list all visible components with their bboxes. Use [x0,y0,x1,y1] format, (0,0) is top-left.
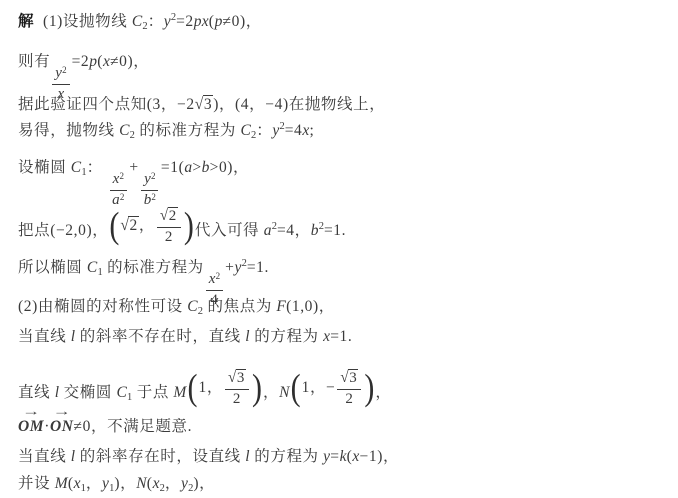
math-var: x [352,448,359,465]
sqrt: √3 [340,369,358,387]
solution-line: 易得，抛物线 C2 的标准方程为 C2：y2=4x; [18,120,314,142]
text-run: = [330,448,339,465]
numerator: x2 [110,171,127,191]
text-run: 当直线 [18,448,71,465]
text-run: =1. [247,259,269,276]
superscript: 2 [216,271,221,281]
text-run: (1)设抛物线 [34,13,132,30]
radicand: 2 [168,207,178,225]
text-run: ， [375,384,391,401]
text-run: 2 [165,229,173,245]
math-var: b [311,222,319,239]
fraction: √32 [225,368,249,408]
math-var: N [136,475,147,492]
text-run: ; [309,122,314,139]
text-run: =1. [324,222,346,239]
text-run: 代入可得 [195,222,264,239]
vector: →ON [50,416,74,438]
text-run: 当直线 [18,328,71,345]
text-run: ： [256,122,272,139]
text-run: )，(4，−4)在抛物线上， [213,96,385,113]
solution-document: 解 (1)设抛物线 C2：y2=2px(p≠0)，则有y2x=2p(x≠0)，据… [0,0,678,498]
fraction: x2a2 [109,171,127,209]
text-run: ， [139,215,155,237]
math-var: b [202,159,210,176]
text-run: 则有 [18,53,50,70]
text-run: (2)由椭圆的对称性可设 [18,298,187,315]
radicand: 2 [128,216,138,235]
radical-icon: √ [228,371,237,388]
solution-line: 当直线 l 的斜率不存在时，直线 l 的方程为 x=1. [18,326,352,348]
vector: →OM [18,416,44,438]
numerator: x2 [206,271,223,291]
text-run: + [129,159,138,176]
math-var: x [209,271,216,287]
text-run: 直线 [18,384,55,401]
open-paren-icon: ( [187,369,199,407]
math-var: M [55,475,68,492]
fraction: √22 [157,206,181,246]
radical-icon: √ [120,214,129,237]
math-var: C [187,298,198,315]
text-run: =4 [285,122,303,139]
math-var: F [276,298,286,315]
math-var: k [340,448,347,465]
sqrt: √3 [228,369,246,387]
math-var: C [119,122,130,139]
text-run: 把点(−2,0)， [18,222,108,239]
denominator: 2 [230,390,244,408]
superscript: 2 [151,192,156,202]
text-run: 的方程为 [250,448,323,465]
text-run: 的斜率存在时，设直线 [75,448,245,465]
text-run: )， [193,475,215,492]
text-run: =2 [176,13,194,30]
radicand: 3 [348,369,358,387]
radical-icon: √ [340,371,349,388]
close-paren-icon: ) [251,369,263,407]
sqrt: √3 [195,94,213,116]
math-var: N [279,384,290,401]
text-run: 于点 [132,384,173,401]
solution-line: 设椭圆 C1： x2a2+y2b2=1(a>b>0)， [18,157,249,209]
math-var: C [87,259,98,276]
text-run: > [192,159,201,176]
solution-line: (2)由椭圆的对称性可设 C2 的焦点为 F(1,0)， [18,296,335,318]
text-run: =4， [277,222,311,239]
text-run: ： [148,13,164,30]
sqrt: √2 [120,215,138,237]
text-run: ≠0)， [110,53,149,70]
paren-group: (1，−√32) [290,368,376,408]
text-run: ， [263,384,279,401]
text-run: 设椭圆 [18,159,71,176]
text-run: >0)， [210,159,250,176]
fraction: y2b2 [141,171,159,209]
numerator: √3 [337,368,361,390]
open-paren-icon: ( [290,369,302,407]
close-paren-icon: ) [363,369,375,407]
text-run: 2 [345,391,353,407]
paren-group: (1，√32) [187,368,263,408]
text-run: ： [87,159,108,176]
superscript: 2 [119,171,124,181]
math-var: C [116,384,127,401]
text-run: =1( [161,159,184,176]
text-run: 的斜率不存在时，直线 [75,328,245,345]
radical-icon: √ [160,209,169,226]
text-run: 所以椭圆 [18,259,87,276]
numerator: y2 [141,171,158,191]
superscript: 2 [151,171,156,181]
numerator: √3 [225,368,249,390]
solution-line: →OM·→ON≠0，不满足题意. [18,416,192,438]
solution-line: 把点(−2,0)，(√2，√22)代入可得 a2=4，b2=1. [18,206,346,246]
solution-line: 解 (1)设抛物线 C2：y2=2px(p≠0)， [18,11,262,33]
text-run: 2 [233,391,241,407]
fraction: √32 [337,368,361,408]
open-paren-icon: ( [108,207,120,245]
denominator: 2 [162,228,176,246]
radicand: 3 [236,369,246,387]
text-run: ， [165,475,181,492]
denominator: 2 [342,390,356,408]
superscript: 2 [62,65,67,75]
numerator: y2 [52,65,69,85]
text-run: =2 [72,53,90,70]
solution-line: 当直线 l 的斜率存在时，设直线 l 的方程为 y=k(x−1)， [18,446,399,468]
text-run: 据此验证四个点知(3，−2 [18,96,195,113]
vector-arrow-icon: → [44,405,79,417]
close-paren-icon: ) [183,207,195,245]
solution-line: 并设 M(x1，y1)，N(x2，y2)， [18,473,215,495]
paren-group: (√2，√22) [108,206,195,246]
math-var: M [173,384,186,401]
text-run: −1)， [360,448,400,465]
solution-line: 直线 l 交椭圆 C1 于点 M(1，√32)，N(1，−√32)， [18,368,391,408]
superscript: 2 [120,192,125,202]
text-run: 1， [199,377,223,399]
vector-name: ON [50,418,74,435]
sqrt: √2 [160,207,178,225]
solution-label: 解 [18,13,34,30]
text-run: ≠0)， [223,13,262,30]
text-run: 易得，抛物线 [18,122,119,139]
text-run: ≠0，不满足题意. [74,418,193,435]
text-run: =1. [330,328,352,345]
math-var: C [240,122,251,139]
text-run: 的标准方程为 [103,259,204,276]
math-var: x [74,475,81,492]
text-run: 1，− [302,377,336,399]
math-var: px [194,13,209,30]
solution-line: 据此验证四个点知(3，−2√3)，(4，−4)在抛物线上， [18,94,385,116]
math-var: x [153,475,160,492]
math-var: y [164,13,171,30]
text-run: ， [86,475,102,492]
radical-icon: √ [195,93,204,116]
vector-name: OM [18,418,44,435]
math-var: p [215,13,223,30]
radicand: 3 [203,95,213,114]
math-var: C [71,159,82,176]
math-var: C [132,13,143,30]
text-run: 并设 [18,475,55,492]
math-var: y [234,259,241,276]
text-run: 交椭圆 [59,384,116,401]
text-run: (1,0)， [286,298,335,315]
math-var: y [144,171,151,187]
text-run: 的方程为 [250,328,323,345]
text-run: 的标准方程为 [135,122,241,139]
numerator: √2 [157,206,181,228]
math-var: a [264,222,272,239]
math-var: x [103,53,110,70]
text-run: )， [114,475,136,492]
text-run: 的焦点为 [203,298,276,315]
